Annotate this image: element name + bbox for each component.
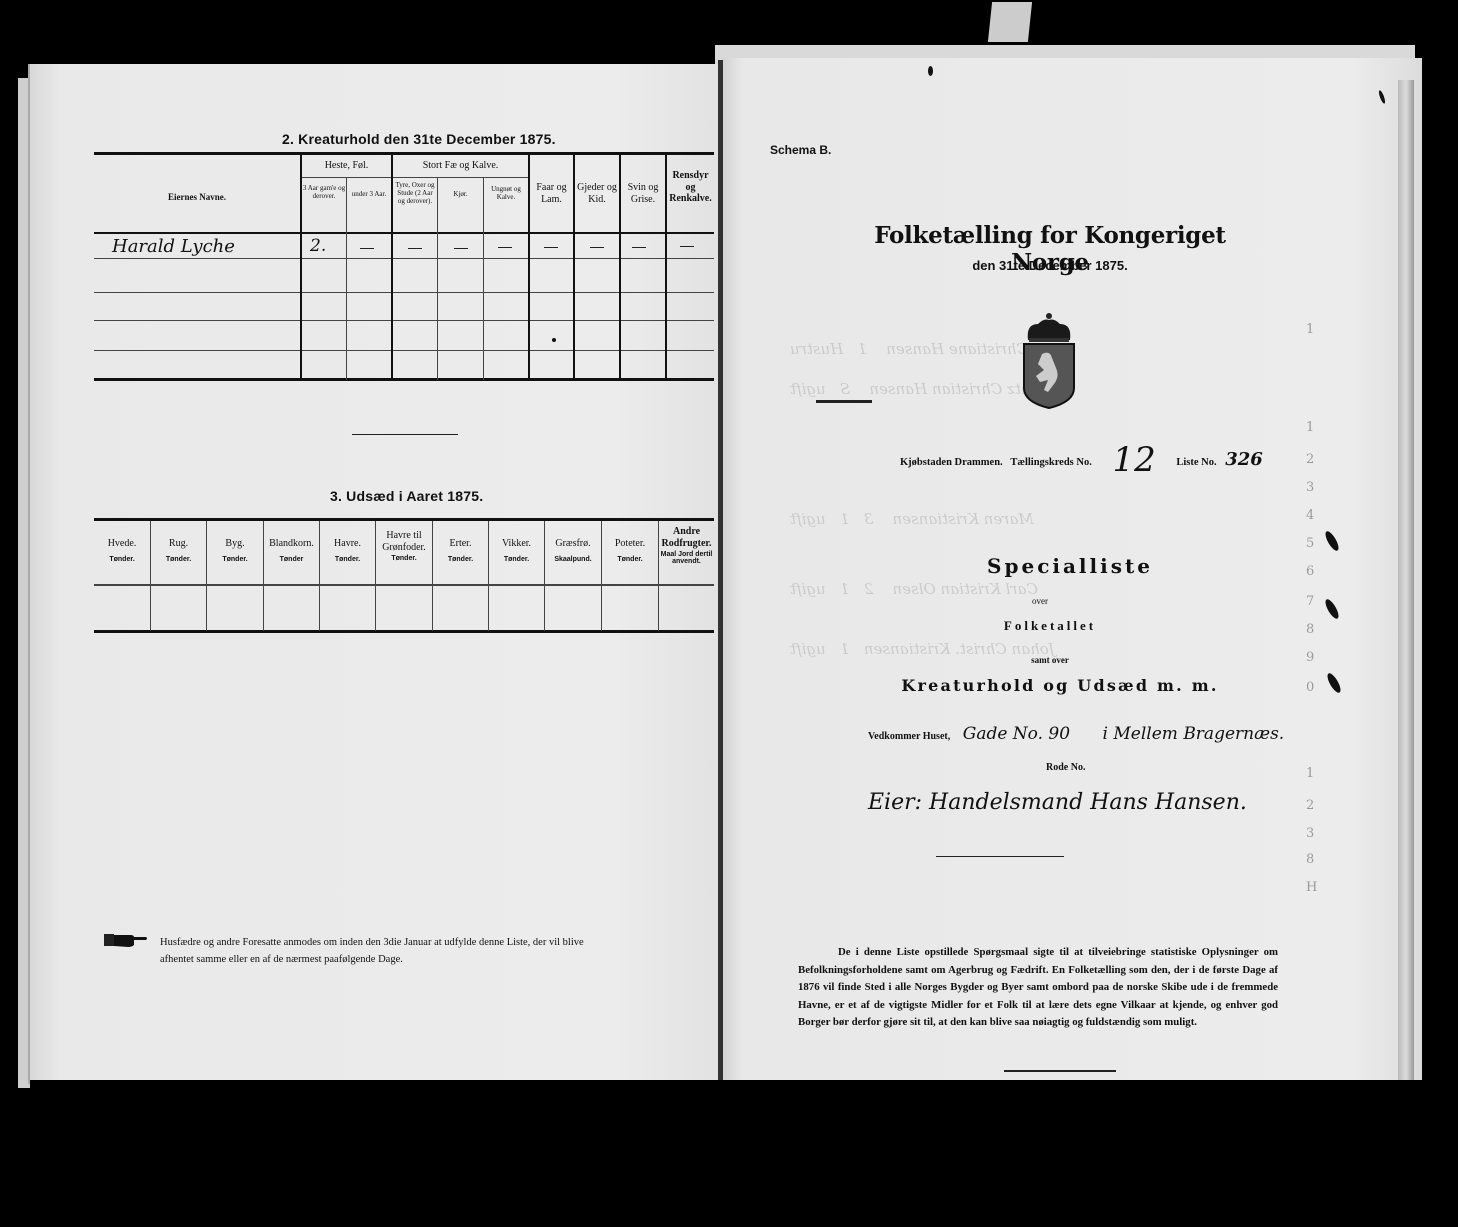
col-hvede: Hvede.Tønder. <box>94 524 150 582</box>
col-sheep-header: Faar og Lam. <box>530 182 573 205</box>
col-cattle-young-header: Ungnøt og Kalve. <box>484 185 528 201</box>
notice-line-1: Husfædre og andre Foresatte anmodes om i… <box>160 934 720 951</box>
over-label: over <box>1010 596 1070 606</box>
ink-dot <box>552 338 556 342</box>
dash-mark <box>408 248 422 249</box>
dash-mark <box>590 247 604 248</box>
dash-mark <box>454 248 468 249</box>
liste-value: 326 <box>1225 449 1263 470</box>
col-vikker: Vikker.Tønder. <box>489 524 544 582</box>
bleed-through-text: Carl Kristian Olsen 2 1 ugift <box>790 580 1038 598</box>
col-cattle-bulls-header: Tyre, Oxer og Stude (2 Aar og derover). <box>393 181 437 205</box>
section2-title: 2. Kreaturhold den 31te December 1875. <box>282 131 556 147</box>
col-graesfro: Græsfrø.Skaalpund. <box>545 524 601 582</box>
samt-over-label: samt over <box>1000 655 1100 665</box>
divider-rule <box>936 856 1064 857</box>
section-divider <box>352 434 458 435</box>
dash-mark <box>680 246 694 247</box>
col-pigs-header: Svin og Grise. <box>621 182 665 205</box>
liste-label: Liste No. <box>1176 457 1216 468</box>
scan-bottom-shadow <box>30 1080 1430 1120</box>
closing-rule <box>1004 1070 1116 1072</box>
col-horses-group-header: Heste, Føl. <box>302 160 391 172</box>
census-date: den 31te December 1875. <box>930 258 1170 273</box>
tellingskreds-value: 12 <box>1112 440 1155 480</box>
census-purpose-text: De i denne Liste opstillede Spørgsmaal s… <box>798 944 1278 1032</box>
huset-label: Vedkommer Huset, <box>868 731 950 742</box>
col-havre-gronfoder: Havre til Grønfoder.Tønder. <box>376 524 432 582</box>
col-reindeer-header: Rensdyr og Renkalve. <box>667 170 714 205</box>
schema-label: Schema B. <box>770 143 831 157</box>
torn-paper-flap <box>988 2 1032 42</box>
col-andre-rodfrugter: Andre Rodfrugter.Maal Jord dertil anvend… <box>659 524 714 582</box>
col-blandkorn: Blandkorn.Tønder <box>264 524 319 582</box>
tellingskreds-label: Tællingskreds No. <box>1010 457 1092 468</box>
instruction-notice: Husfædre og andre Foresatte anmodes om i… <box>160 934 720 968</box>
dash-mark <box>544 247 558 248</box>
dash-mark <box>498 247 512 248</box>
col-erter: Erter.Tønder. <box>433 524 488 582</box>
sowing-table: Hvede.Tønder. Rug.Tønder. Byg.Tønder. Bl… <box>94 518 714 634</box>
ink-dash-mark <box>816 400 872 403</box>
col-owner-header: Eiernes Navne. <box>94 192 300 202</box>
specialliste-heading: Specialliste <box>940 554 1200 578</box>
gade-value: i Mellem Bragernæs. <box>1103 724 1285 744</box>
section3-title: 3. Udsæd i Aaret 1875. <box>330 488 483 504</box>
kreaturhold-heading: Kreaturhold og Udsæd m. m. <box>880 676 1240 695</box>
dash-mark <box>360 248 374 249</box>
owner-handwritten: Eier: Handelsmand Hans Hansen. <box>868 790 1247 815</box>
col-havre: Havre.Tønder. <box>320 524 375 582</box>
location-label: Kjøbstaden Drammen. <box>900 457 1003 468</box>
norwegian-coat-of-arms-icon <box>1020 310 1078 410</box>
house-row: Vedkommer Huset, Gade No. 90 i Mellem Br… <box>868 724 1284 744</box>
district-row: Kjøbstaden Drammen. Tællingskreds No. 12… <box>900 440 1263 480</box>
rode-label: Rode No. <box>1046 762 1085 773</box>
pointing-hand-icon <box>104 932 148 948</box>
right-page-stack-edge <box>1398 80 1414 1090</box>
col-cattle-group-header: Stort Fæ og Kalve. <box>393 160 528 172</box>
col-byg: Byg.Tønder. <box>207 524 263 582</box>
col-cattle-cows-header: Kjør. <box>438 190 483 198</box>
ink-smudge <box>928 66 933 76</box>
col-goats-header: Gjeder og Kid. <box>575 182 619 205</box>
folketallet-heading: Folketallet <box>960 618 1140 634</box>
notice-line-2: afhentet samme eller en af de nærmest pa… <box>160 951 720 968</box>
col-rug: Rug.Tønder. <box>151 524 206 582</box>
col-horses-under3-header: under 3 Aar. <box>347 190 391 198</box>
huset-value: Gade No. 90 <box>963 724 1070 744</box>
col-poteter: Poteter.Tønder. <box>602 524 658 582</box>
right-page <box>722 58 1422 1098</box>
owner-name-cell: Harald Lyche <box>112 236 235 257</box>
col-horses-3plus-header: 3 Aar gam'e og derover. <box>302 184 346 200</box>
bleed-through-text: Maren Kristiansen 3 1 ugift <box>790 510 1034 528</box>
livestock-table: Eiernes Navne. Heste, Føl. 3 Aar gam'e o… <box>94 152 714 382</box>
dash-mark <box>632 247 646 248</box>
horses-3plus-cell: 2. <box>310 236 326 256</box>
